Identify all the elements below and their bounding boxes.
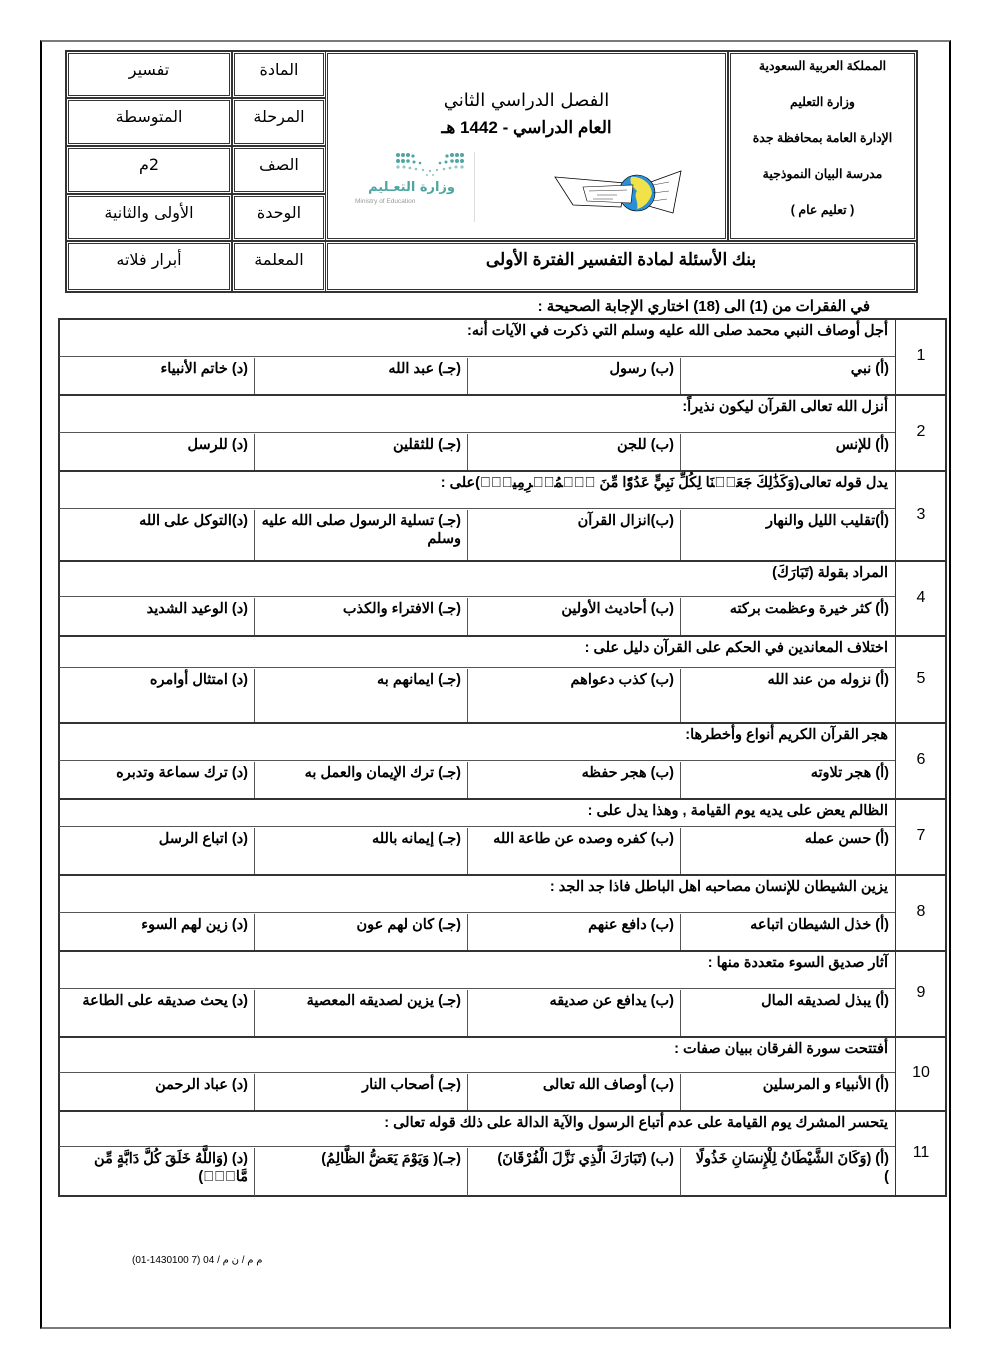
row-divider [59,560,946,562]
option-b[interactable]: (ب) رسول [467,358,680,394]
option-d[interactable]: (د)التوكل على الله [59,510,254,560]
question-number: 1 [895,318,946,394]
grade-value: 2م [69,155,229,174]
question-options-divider [59,596,895,597]
question-options-divider [59,432,895,433]
logo-divider [474,152,475,222]
question-number: 7 [895,798,946,874]
question-options-divider [59,1146,895,1147]
kingdom-name: المملكة العربية السعودية [731,58,914,73]
option-a[interactable]: (أ) نبي [680,358,895,394]
row-divider [59,1110,946,1112]
row-divider [59,1036,946,1038]
question-number: 10 [895,1036,946,1110]
school-name: مدرسة البيان النموذجية [731,166,914,181]
option-d[interactable]: (د) امتثال أوامره [59,669,254,722]
document-title-box: بنك الأسئلة لمادة التفسير الفترة الأولى [325,241,917,292]
ministry-arabic-name: وزارة التعـليم [355,180,455,195]
option-b[interactable]: (ب)انزال القرآن [467,510,680,560]
question-options-divider [59,1072,895,1073]
option-c[interactable]: (جـ) ترك الإيمان والعمل به [254,762,467,798]
row-divider [59,798,946,800]
option-d[interactable]: (د) يحث صديقه على الطاعة [59,990,254,1036]
teacher-value-cell: أبرار فلاته [66,241,232,292]
row-divider [59,874,946,876]
question-text: المراد بقولة (تَبَارَكَ) [62,565,888,581]
option-c[interactable]: (جـ)( وَيَوْمَ يَعَضُّ الظَّالِمُ) [254,1148,467,1196]
option-b[interactable]: (ب) يدافع عن صديقه [467,990,680,1036]
row-divider [59,722,946,724]
option-a[interactable]: (أ) خذل الشيطان اتباعه [680,914,895,950]
stage-label: المرحلة [235,107,323,126]
option-c[interactable]: (جـ) للثقلين [254,434,467,470]
option-b[interactable]: (ب) دافع عنهم [467,914,680,950]
option-a[interactable]: (أ) هجر تلاوته [680,762,895,798]
question-number: 5 [895,635,946,722]
option-d[interactable]: (د) خاتم الأنبياء [59,358,254,394]
row-divider [59,470,946,472]
option-a[interactable]: (أ) يبذل لصديقه المال [680,990,895,1036]
question-number: 3 [895,470,946,560]
option-b[interactable]: (ب) (تَبَارَكَ الَّذِي نَزَّلَ الْفُرْقَ… [467,1148,680,1196]
question-text: يتحسر المشرك يوم القيامة على عدم أتباع ا… [62,1115,888,1131]
ministry-dots-icon [395,152,465,176]
question-options-divider [59,356,895,357]
document-title: بنك الأسئلة لمادة التفسير الفترة الأولى [328,250,914,270]
row-divider [59,950,946,952]
subject-label: المادة [235,60,323,79]
question-number: 6 [895,722,946,798]
teacher-value: أبرار فلاته [69,250,229,269]
option-c[interactable]: (جـ) كان لهم عون [254,914,467,950]
option-a[interactable]: (أ)تقليب الليل والنهار [680,510,895,560]
option-c[interactable]: (جـ) تسلية الرسول صلى الله عليه وسلم [254,510,467,560]
option-b[interactable]: (ب) للجن [467,434,680,470]
grade-value-cell: 2م [66,146,232,194]
question-options-divider [59,826,895,827]
question-number: 8 [895,874,946,950]
question-text: يدل قوله تعالى(وَكَذَٰلِكَ جَعَلۡنَا لِك… [62,475,888,491]
option-d[interactable]: (د) للرسل [59,434,254,470]
teacher-label-cell: المعلمة [232,241,326,292]
question-options-divider [59,508,895,509]
footer-form-code: (01-1430100 7) 04 / م م / ن م [132,1255,262,1266]
question-text: يزين الشيطان للإنسان مصاحبه اهل الباطل ف… [62,879,888,895]
row-divider [59,394,946,396]
question-text: آثار صديق السوء متعددة منها : [62,955,888,971]
option-d[interactable]: (د) زين لهم السوء [59,914,254,950]
grade-label: الصف [235,155,323,174]
option-c[interactable]: (جـ) أصحاب النار [254,1074,467,1110]
question-text: أجل أوصاف النبي محمد صلى الله عليه وسلم … [62,323,888,339]
option-a[interactable]: (أ) (وَكَانَ الشَّيْطَانُ لِلْإِنسَانِ خ… [680,1148,895,1196]
option-c[interactable]: (جـ) عبد الله [254,358,467,394]
question-number: 4 [895,560,946,635]
option-b[interactable]: (ب) كذب دعواهم [467,669,680,722]
instruction-text: في الفقرات من (1) الى (18) اختاري الإجاب… [470,297,870,315]
stage-value: المتوسطة [69,107,229,126]
option-a[interactable]: (أ) الأنبياء و المرسلين [680,1074,895,1110]
question-text: الظالم يعض على يديه يوم القيامة , وهذا ي… [62,803,888,819]
option-b[interactable]: (ب) أوصاف الله تعالى [467,1074,680,1110]
question-text: هجر القرآن الكريم أنواع وأخطرها: [62,727,888,743]
directorate-name: الإدارة العامة بمحافظة جدة [731,130,914,145]
option-a[interactable]: (أ) حسن عمله [680,828,895,874]
option-b[interactable]: (ب) أحاديث الأولين [467,598,680,635]
subject-value-cell: تفسير [66,51,232,98]
question-text: أنزل الله تعالى القرآن ليكون نذيراً: [62,399,888,415]
option-d[interactable]: (د) الوعيد الشديد [59,598,254,635]
question-text: اختلاف المعاندين في الحكم على القرآن دلي… [62,640,888,656]
academic-year-text: العام الدراسي - 1442 هـ [328,118,725,138]
option-c[interactable]: (جـ) يزين لصديقه المعصية [254,990,467,1036]
option-d[interactable]: (د) (وَاللَّهُ خَلَقَ كُلَّ دَابَّةٍ مِّ… [59,1148,254,1196]
question-number: 11 [895,1110,946,1196]
option-c[interactable]: (جـ) إيمانه بالله [254,828,467,874]
question-options-divider [59,988,895,989]
option-d[interactable]: (د) اتباع الرسل [59,828,254,874]
option-c[interactable]: (جـ) ايمانهم به [254,669,467,722]
question-options-divider [59,667,895,668]
question-text: أفتتحت سورة الفرقان ببيان صفات : [62,1041,888,1057]
question-number: 2 [895,394,946,470]
school-info-box: المملكة العربية السعودية وزارة التعليم ا… [728,51,917,241]
school-globe-logo-icon [553,163,683,219]
question-number: 9 [895,950,946,1036]
unit-value: الأولى والثانية [69,203,229,222]
ministry-english-name: Ministry of Education [355,198,415,205]
option-d[interactable]: (د) ترك سماعة وتدبره [59,762,254,798]
stage-value-cell: المتوسطة [66,98,232,146]
ministry-of-education-logo: وزارة التعـليم Ministry of Education [355,152,450,212]
row-divider [59,635,946,637]
teacher-label: المعلمة [235,250,323,269]
option-a[interactable]: (أ) كثر خيرة وعظمت بركته [680,598,895,635]
option-b[interactable]: (ب) هجر حفظه [467,762,680,798]
unit-label-cell: الوحدة [232,194,326,241]
grade-label-cell: الصف [232,146,326,194]
option-a[interactable]: (أ) للإنس [680,434,895,470]
option-a[interactable]: (أ) نزوله من عند الله [680,669,895,722]
ministry-name: وزارة التعليم [731,94,914,109]
stage-label-cell: المرحلة [232,98,326,146]
question-options-divider [59,912,895,913]
subject-value: تفسير [69,60,229,79]
semester-text: الفصل الدراسي الثاني [328,90,725,111]
question-options-divider [59,760,895,761]
unit-label: الوحدة [235,203,323,222]
unit-value-cell: الأولى والثانية [66,194,232,241]
education-type: ( تعليم عام ) [731,202,914,217]
subject-label-cell: المادة [232,51,326,98]
option-c[interactable]: (جـ) الافتراء والكذب [254,598,467,635]
option-b[interactable]: (ب) كفره وصده عن طاعة الله [467,828,680,874]
option-d[interactable]: (د) عباد الرحمن [59,1074,254,1110]
